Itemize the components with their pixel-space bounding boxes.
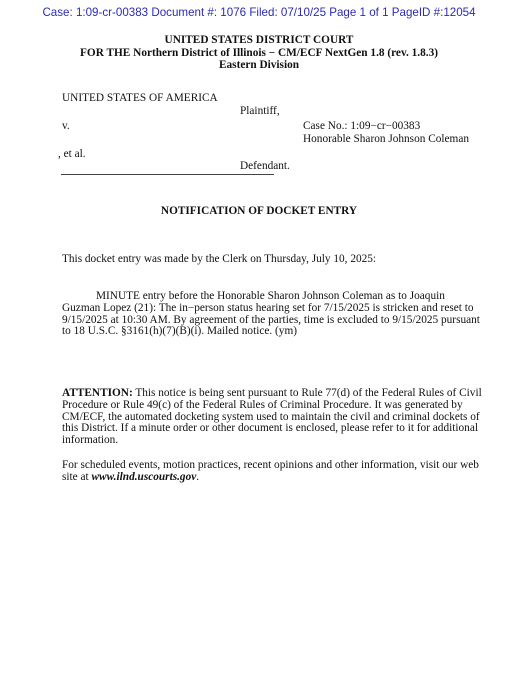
attention-notice: ATTENTION: This notice is being sent pur… (62, 388, 482, 447)
court-district: FOR THE Northern District of Illinois − … (0, 47, 518, 60)
plaintiff-label: Plaintiff, (240, 105, 280, 118)
case-number: Case No.: 1:09−cr−00383 (303, 120, 420, 133)
caption-divider (61, 174, 274, 175)
attention-label: ATTENTION: (62, 387, 133, 399)
notice-title: NOTIFICATION OF DOCKET ENTRY (0, 205, 518, 217)
minute-entry: MINUTE entry before the Honorable Sharon… (62, 291, 482, 338)
court-name: UNITED STATES DISTRICT COURT (0, 34, 518, 47)
defendant-name: , et al. (58, 148, 86, 161)
defendant-label: Defendant. (240, 160, 290, 173)
footer-info-end: . (196, 471, 199, 483)
document-page: Case: 1:09-cr-00383 Document #: 1076 Fil… (0, 0, 518, 680)
entry-intro: This docket entry was made by the Clerk … (62, 254, 482, 266)
versus: v. (62, 120, 70, 133)
court-division: Eastern Division (0, 59, 518, 72)
court-website-link[interactable]: www.ilnd.uscourts.gov (92, 471, 197, 483)
filing-stamp: Case: 1:09-cr-00383 Document #: 1076 Fil… (0, 6, 518, 19)
court-heading: UNITED STATES DISTRICT COURT FOR THE Nor… (0, 34, 518, 72)
judge-name: Honorable Sharon Johnson Coleman (303, 133, 469, 146)
footer-info: For scheduled events, motion practices, … (62, 460, 482, 484)
plaintiff-name: UNITED STATES OF AMERICA (62, 92, 218, 105)
